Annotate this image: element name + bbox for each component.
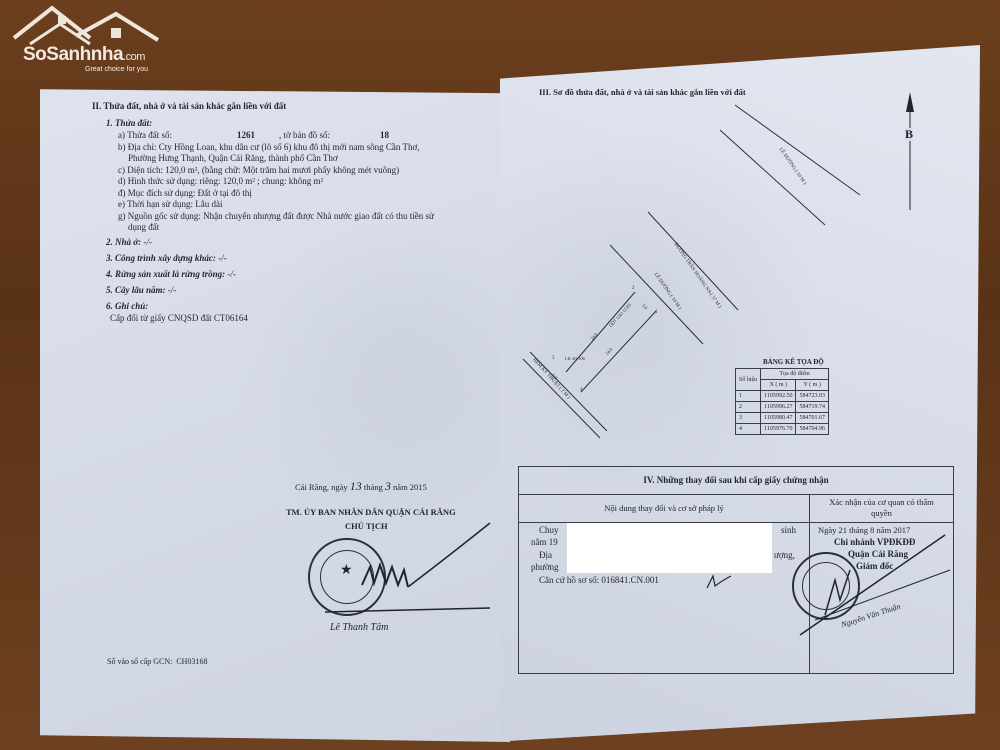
- parcel-side-label: LK 40-106: [565, 352, 585, 365]
- table-row: 31105980.47584701.67: [736, 413, 829, 424]
- parcel-map: [510, 80, 930, 440]
- table-row: 11105992.50584723.03: [736, 391, 829, 402]
- logo-text: SoSanhnha.com: [23, 44, 145, 66]
- col-y: Y ( m ): [796, 380, 829, 391]
- col-coord-group: Tọa độ điểm: [761, 369, 829, 380]
- table-row: 21105996.27584719.74: [736, 402, 829, 413]
- initial-mark: [705, 572, 735, 592]
- change-text-fragment: ượng,: [774, 549, 795, 562]
- point-1: 1: [655, 306, 658, 319]
- col-confirmation: Xác nhận của cơ quan có thẩm quyền: [810, 494, 953, 523]
- signature-chairman: [300, 515, 520, 635]
- redacted-personal-info: [567, 523, 772, 573]
- point-2: 2: [632, 282, 635, 295]
- notes-text: Cấp đổi từ giấy CNQSD đất CT06164: [110, 312, 248, 325]
- signature-director: [795, 520, 955, 640]
- chairman-name: Lê Thanh Tâm: [330, 621, 388, 634]
- change-text-fragment: năm 19: [531, 536, 558, 549]
- site-logo: SoSanhnha.com Great choice for you: [8, 2, 168, 78]
- change-file-reference: Căn cứ hồ sơ số: 016841.CN.001: [539, 574, 659, 587]
- coordinate-table: Số hiệu Tọa độ điểm X ( m ) Y ( m ) 1110…: [735, 368, 829, 435]
- logo-tagline: Great choice for you: [85, 66, 148, 73]
- registry-number: Số vào sổ cấp GCN: CH03168: [107, 655, 207, 668]
- usage-origin-line-1: g) Nguồn gốc sử dụng: Nhận chuyển nhượng…: [118, 210, 434, 223]
- col-change-content: Nội dung thay đổi và cơ sở pháp lý: [519, 494, 809, 523]
- changes-title: IV. Những thay đổi sau khi cấp giấy chứn…: [519, 467, 953, 495]
- house-roof-icon: [8, 2, 168, 50]
- change-text-fragment: sinh: [781, 524, 796, 537]
- change-text-fragment: phường: [531, 561, 559, 574]
- point-4: 4: [580, 384, 583, 397]
- issue-date: Cái Răng, ngày 13 tháng 3 năm 2015: [295, 480, 427, 494]
- col-x: X ( m ): [761, 380, 796, 391]
- item-perennial-trees: 5. Cây lâu năm: -/-: [106, 284, 176, 297]
- usage-origin-line-2: dụng đất: [128, 221, 159, 234]
- section-ii-title: II. Thửa đất, nhà ở và tài sản khác gắn …: [92, 100, 286, 113]
- item-house: 2. Nhà ở: -/-: [106, 236, 152, 249]
- item-other-construction: 3. Công trình xây dựng khác: -/-: [106, 252, 227, 265]
- table-row: 41105976.70584704.96: [736, 424, 829, 435]
- point-3: 3: [552, 352, 555, 365]
- col-point-id: Số hiệu: [736, 369, 761, 391]
- item-planted-forest: 4. Rừng sản xuất là rừng trồng: -/-: [106, 268, 236, 281]
